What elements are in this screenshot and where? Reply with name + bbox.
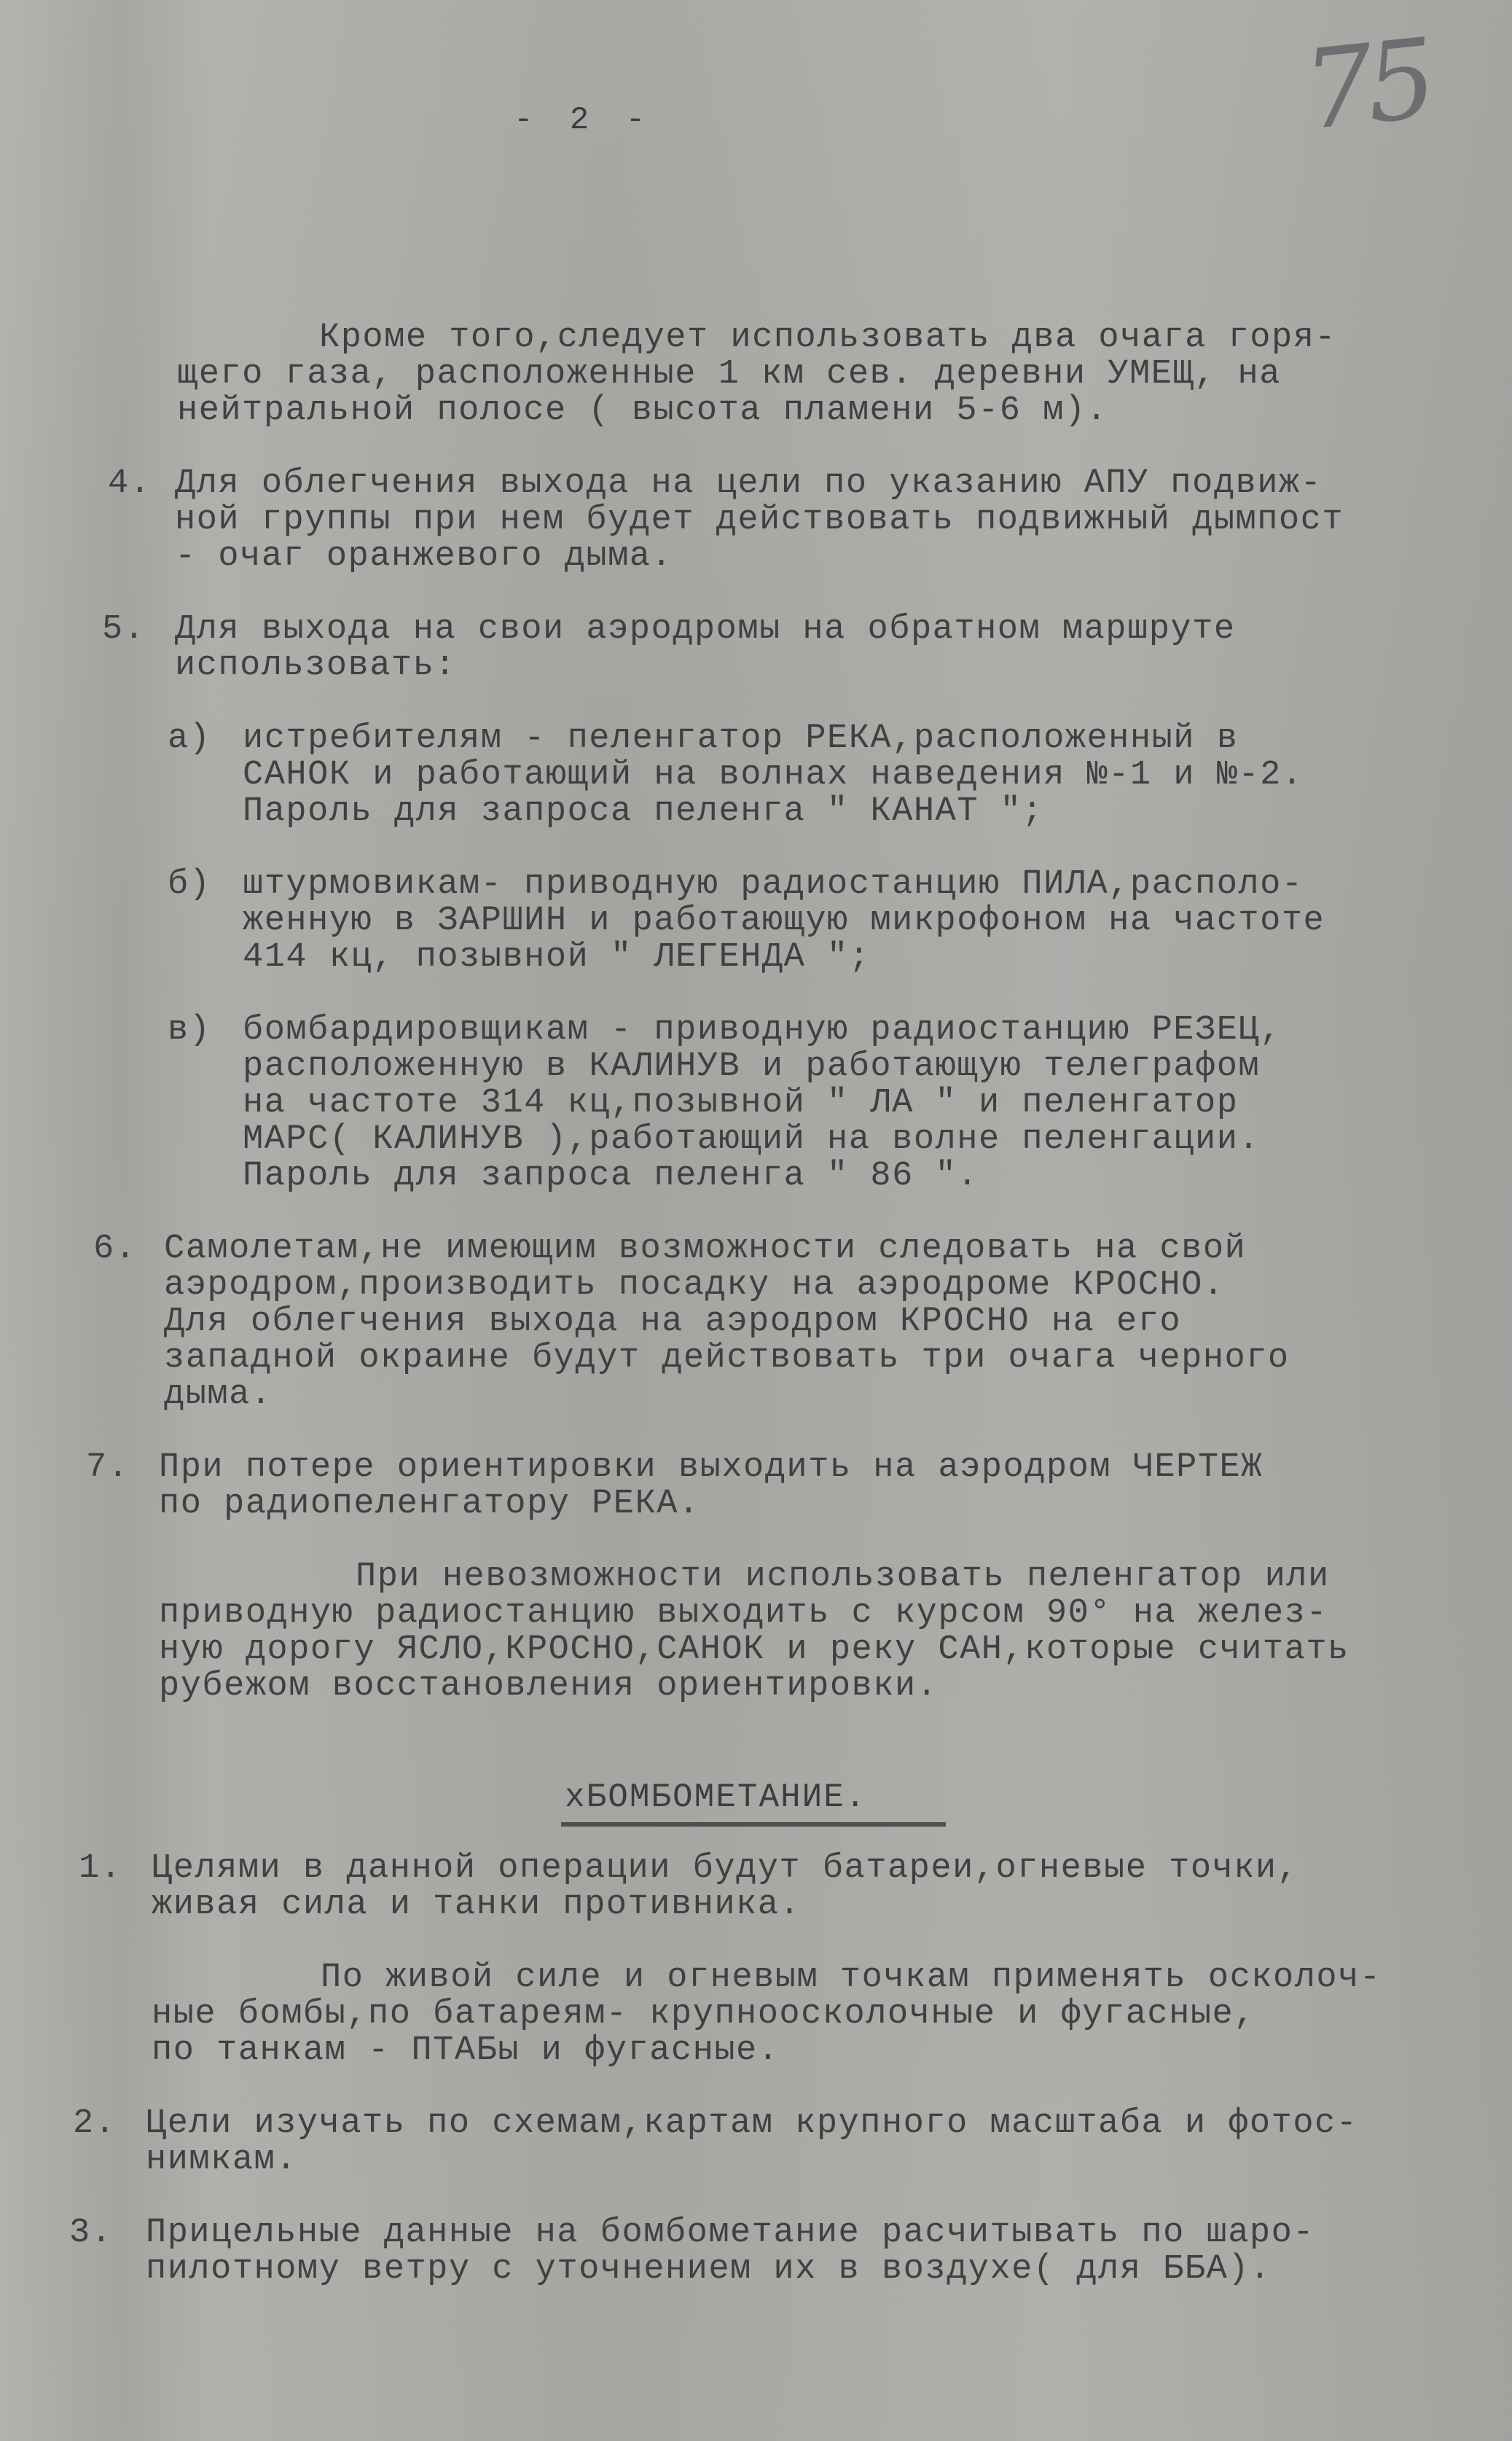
text-line: аэродром,производить посадку на аэродром… [164,1268,1225,1302]
text-line: При невозможности использовать пеленгато… [356,1560,1330,1594]
text-line: бомбардировщикам - приводную радиостанци… [243,1013,1282,1047]
item-number: 5. [102,612,145,647]
text-line: на частоте 314 кц,позывной " ЛА " и пеле… [243,1086,1238,1120]
text-line: По живой силе и огневым точкам применять… [321,1961,1382,1995]
text-line: Самолетам,не имеющим возможности следова… [164,1232,1246,1266]
text-line: щего газа, расположенные 1 км сев. дерев… [177,357,1281,391]
section-title-underline [561,1822,946,1827]
text-line: ные бомбы,по батареям- крупноосколочные … [152,1997,1256,2031]
item-number: 7. [86,1450,129,1485]
text-line: нейтральной полосе ( высота пламени 5-6 … [177,394,1108,428]
text-line: 414 кц, позывной " ЛЕГЕНДА "; [243,940,870,975]
item-number: 4. [108,466,151,501]
text-line: Целями в данной операции будут батареи,о… [152,1851,1298,1886]
item-number: 6. [93,1232,136,1266]
item-number: 3. [69,2216,112,2250]
text-line: Прицельные данные на бомбометание расчит… [146,2216,1315,2250]
section-title-bombing: хБОМБОМЕТАНИЕ. [565,1778,866,1816]
text-line: рубежом восстановления ориентировки. [159,1669,938,1703]
text-line: Для облегчения выхода на аэродром КРОСНО… [164,1305,1181,1339]
text-line: Цели изучать по схемам,картам крупного м… [146,2106,1358,2141]
text-line: Для облегчения выхода на цели по указани… [175,466,1322,501]
text-line: живая сила и танки противника. [152,1888,801,1922]
handwritten-page-number: 75 [1298,16,1435,155]
text-line: нимкам. [146,2143,297,2177]
text-line: по радиопеленгатору РЕКА. [159,1487,700,1521]
text-line: МАРС( КАЛИНУВ ),работающий на волне пеле… [243,1122,1260,1157]
text-line: Для выхода на свои аэродромы на обратном… [175,612,1236,647]
text-line: расположенную в КАЛИНУВ и работающую тел… [243,1050,1260,1084]
text-line: дыма. [164,1378,273,1412]
text-line: использовать: [175,649,456,683]
text-line: - очаг оранжевого дыма. [175,539,673,574]
text-line: штурмовикам- приводную радиостанцию ПИЛА… [243,867,1304,902]
text-line: При потере ориентировки выходить на аэро… [159,1450,1263,1485]
subitem-marker: б) [168,867,211,902]
text-line: истребителям - пеленгатор РЕКА,расположе… [243,722,1238,756]
text-line: САНОК и работающий на волнах наведения №… [243,758,1304,792]
text-line: приводную радиостанцию выходить с курсом… [159,1596,1328,1630]
text-line: Кроме того,следует использовать два очаг… [319,321,1336,355]
text-line: ной группы при нем будет действовать под… [175,503,1344,537]
text-line: Пароль для запроса пеленга " 86 ". [243,1159,979,1193]
text-line: по танкам - ПТАБы и фугасные. [152,2034,779,2068]
text-line: западной окраине будут действовать три о… [164,1341,1290,1375]
text-line: Пароль для запроса пеленга " КАНАТ "; [243,794,1043,829]
item-number: 2. [73,2106,116,2141]
subitem-marker: а) [168,722,211,756]
text-line: ную дорогу ЯСЛО,КРОСНО,САНОК и реку САН,… [159,1633,1350,1667]
text-line: пилотному ветру с уточнением их в воздух… [146,2252,1272,2286]
text-line: женную в ЗАРШИН и работающую микрофоном … [243,904,1325,938]
subitem-marker: в) [168,1013,211,1047]
item-number: 1. [79,1851,122,1886]
page-header: - 2 - [514,102,654,138]
